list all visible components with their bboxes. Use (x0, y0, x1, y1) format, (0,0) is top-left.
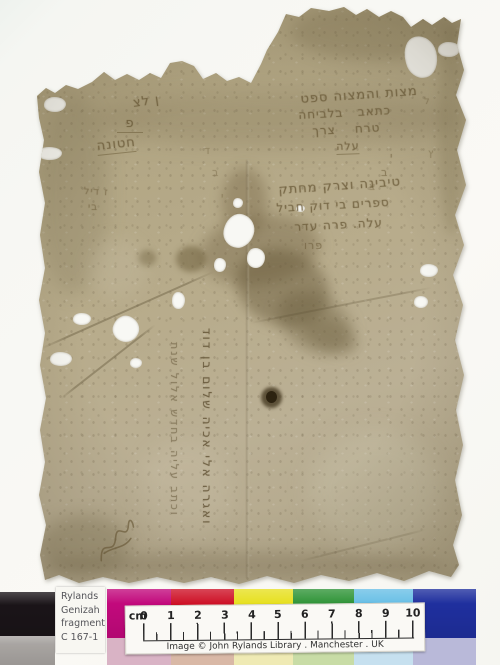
ruler-number: 0 (133, 609, 155, 622)
ruler-number: 9 (375, 607, 397, 620)
ruler-number: 3 (214, 608, 236, 621)
cm-scale-ruler: cm 0 1 2 3 4 5 6 7 8 9 10 Image © John R… (125, 602, 425, 654)
ruler-number: 7 (321, 607, 343, 620)
copyright-credit: Image © John Rylands Library . Mancheste… (126, 639, 424, 652)
ruler-number: 2 (187, 609, 209, 622)
shelfmark-line: fragment (61, 617, 105, 631)
shelfmark-line: Rylands (61, 590, 105, 604)
fragment-shadow: מצות והמצוה ספט כתאב בלביחה טרח צרך עלה … (0, 0, 500, 665)
color-patch-black (0, 592, 55, 636)
ruler-number: 5 (267, 608, 289, 621)
ruler-number: 10 (402, 606, 424, 619)
shelfmark-line: C 167-1 (61, 631, 105, 645)
ruler-number: 6 (294, 608, 316, 621)
ruler-number: 4 (241, 608, 263, 621)
shelfmark-label: Rylands Genizah fragment C 167-1 (56, 587, 105, 653)
edge-shading (0, 0, 500, 665)
manuscript-fragment: מצות והמצוה ספט כתאב בלביחה טרח צרך עלה … (0, 0, 500, 665)
shelfmark-line: Genizah (61, 604, 105, 618)
photo-canvas: מצות והמצוה ספט כתאב בלביחה טרח צרך עלה … (0, 0, 500, 665)
ruler-number: 8 (348, 607, 370, 620)
color-patch-grey (0, 636, 55, 665)
ruler-number: 1 (160, 609, 182, 622)
